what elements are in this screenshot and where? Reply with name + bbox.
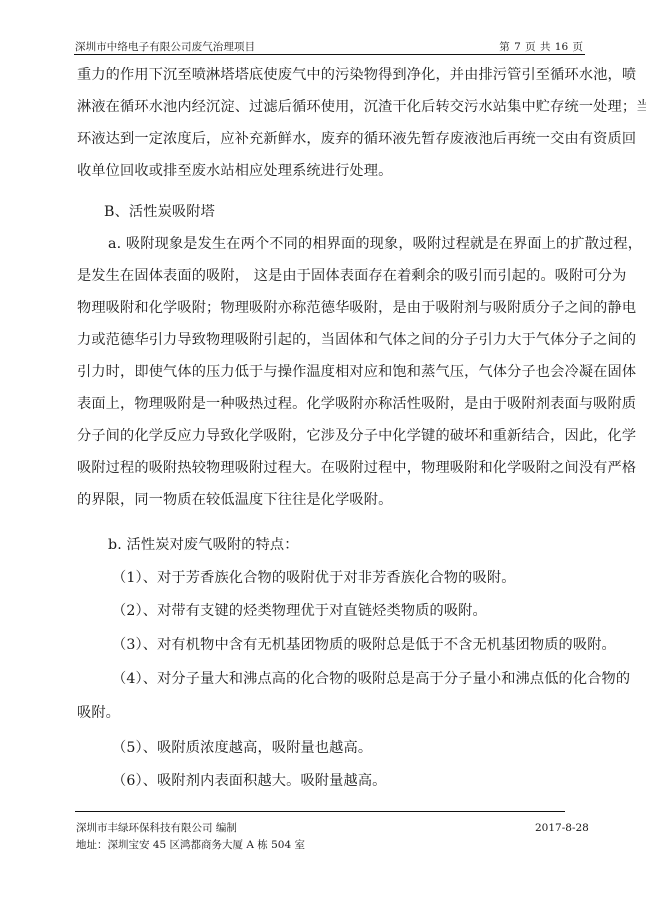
paragraph-a-line: 吸附过程的吸附热较物理吸附过程大。在吸附过程中，物理吸附和化学吸附之间没有严格 bbox=[77, 459, 589, 477]
section-heading: B、活性炭吸附塔 bbox=[104, 203, 616, 221]
feature-item: （2）、对带有支键的烃类物理优于对直链烃类物质的吸附。 bbox=[112, 602, 624, 620]
feature-item-continuation: 吸附。 bbox=[77, 704, 589, 722]
feature-item: （1）、对于芳香族化合物的吸附优于对非芳香族化合物的吸附。 bbox=[112, 569, 624, 587]
footer-address: 地址：深圳宝安 45 区鸿都商务大厦 A 栋 504 室 bbox=[76, 839, 305, 852]
feature-item: （6）、吸附剂内表面积越大。吸附量越高。 bbox=[112, 772, 624, 790]
paragraph-a-line: 力或范德华引力导致物理吸附引起的，当固体和气体之间的分子引力大于气体分子之间的 bbox=[77, 331, 589, 349]
paragraph-a-line: 表面上，物理吸附是一种吸热过程。化学吸附亦称活性吸附，是由于吸附剂表面与吸附质 bbox=[77, 395, 589, 413]
paragraph-a-line: 分子间的化学反应力导致化学吸附，它涉及分子中化学键的破坏和重新结合，因此，化学 bbox=[77, 427, 589, 445]
body-text-line: 淋液在循环水池内经沉淀、过滤后循环使用，沉渣干化后转交污水站集中贮存统一处理；当… bbox=[77, 98, 589, 116]
footer-divider bbox=[75, 811, 565, 812]
page-header: 深圳市中络电子有限公司废气治理项目 第 7 页 共 16 页 bbox=[74, 41, 585, 55]
body-text-line: 重力的作用下沉至喷淋塔塔底使废气中的污染物得到净化，并由排污管引至循环水池，喷 bbox=[77, 66, 589, 84]
footer-compiler: 深圳市丰绿环保科技有限公司 编制 bbox=[76, 822, 237, 835]
feature-item: （4）、对分子量大和沸点高的化合物的吸附总是高于分子量小和沸点低的化合物的 bbox=[112, 670, 589, 688]
header-project-title: 深圳市中络电子有限公司废气治理项目 bbox=[75, 41, 255, 54]
feature-item: （5）、吸附质浓度越高，吸附量也越高。 bbox=[112, 739, 624, 757]
feature-item: （3）、对有机物中含有无机基团物质的吸附总是低于不含无机基团物质的吸附。 bbox=[112, 636, 624, 654]
paragraph-a-line: 是发生在固体表面的吸附， 这是由于固体表面存在着剩余的吸引而引起的。吸附可分为 bbox=[77, 267, 589, 285]
paragraph-b-heading: b. 活性炭对废气吸附的特点： bbox=[108, 536, 620, 554]
paragraph-a-line: 物理吸附和化学吸附；物理吸附亦称范德华吸附，是由于吸附剂与吸附质分子之间的静电 bbox=[77, 299, 589, 317]
paragraph-a-line: a. 吸附现象是发生在两个不同的相界面的现象，吸附过程就是在界面上的扩散过程， bbox=[108, 235, 589, 253]
header-page-indicator: 第 7 页 共 16 页 bbox=[499, 41, 583, 54]
body-text-line: 收单位回收或排至废水站相应处理系统进行处理。 bbox=[77, 162, 589, 180]
footer-date: 2017-8-28 bbox=[535, 822, 589, 835]
paragraph-a-line: 引力时，即使气体的压力低于与操作温度相对应和饱和蒸气压，气体分子也会冷凝在固体 bbox=[77, 363, 589, 381]
body-text-line: 环液达到一定浓度后，应补充新鲜水，废弃的循环液先暂存废液池后再统一交由有资质回 bbox=[77, 130, 589, 148]
paragraph-a-line: 的界限，同一物质在较低温度下往往是化学吸附。 bbox=[77, 491, 589, 509]
